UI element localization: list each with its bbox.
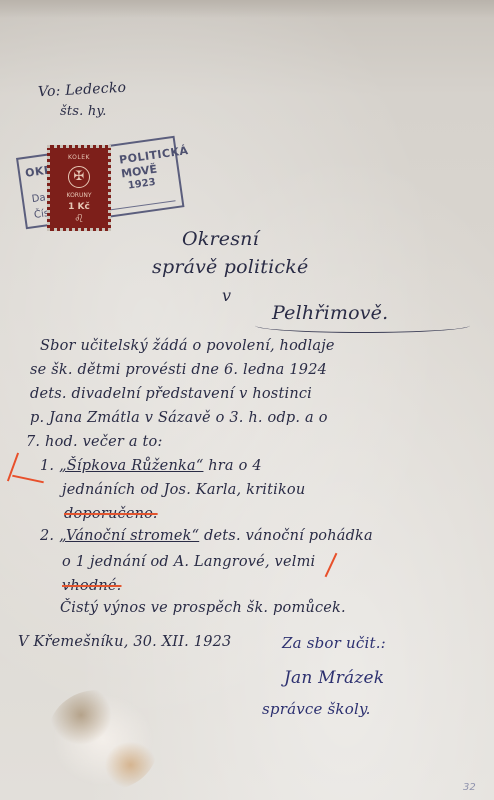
- revenue-stamp-top-text: KOLEK: [50, 154, 108, 161]
- addressee-flourish: [255, 318, 470, 333]
- item-2-text-line2: o 1 jednání od A. Langrové, velmi: [62, 554, 315, 570]
- item-2-title: „Vánoční stromek“: [59, 528, 199, 544]
- item-1-text-line2: jednáních od Jos. Karla, kritikou: [62, 482, 305, 498]
- body-line-1: Sbor učitelský žádá o povolení, hodlaje: [40, 338, 335, 354]
- item-1: 1. „Šípkova Růženka“ hra o 4: [40, 458, 262, 474]
- page-number: 32: [463, 782, 476, 793]
- office-stamp-date-label: Da: [31, 192, 46, 205]
- paper-stain: [48, 690, 158, 790]
- addressee-line3: v: [222, 286, 231, 305]
- body-line-2: se šk. dětmi provésti dne 6. ledna 1924: [30, 362, 327, 378]
- addressee-line1: Okresní: [182, 228, 259, 250]
- item-2-text-line3: vhodné.: [62, 578, 121, 594]
- revenue-stamp-middle-text: KORUNY: [50, 192, 108, 199]
- signature-title: správce školy.: [262, 700, 371, 718]
- item-2-number: 2.: [40, 528, 54, 544]
- item-1-text-line1: hra o 4: [208, 458, 262, 474]
- lion-emblem-icon: ♌: [50, 212, 108, 225]
- addressee-line2: správě politické: [152, 256, 308, 278]
- item-2: 2. „Vánoční stromek“ dets. vánoční pohád…: [40, 528, 373, 544]
- office-stamp-year: 1923: [127, 177, 156, 192]
- item-1-text-line3: doporučeno.: [64, 506, 158, 522]
- item-2-text-line1: dets. vánoční pohádka: [204, 528, 373, 544]
- signature-name: Jan Mrázek: [284, 668, 384, 688]
- revenue-stamp-value: 1 Kč: [50, 202, 108, 212]
- cross-emblem-icon: ✠: [68, 166, 90, 188]
- reference-note-line2: šts. hy.: [60, 104, 107, 119]
- body-line-5: 7. hod. večer a to:: [26, 434, 163, 450]
- place-date: V Křemešníku, 30. XII. 1923: [18, 634, 231, 650]
- body-line-3: dets. divadelní představení v hostinci: [30, 386, 312, 402]
- signature-for-line: Za sbor učit.:: [282, 634, 386, 652]
- body-line-4: p. Jana Zmátla v Sázavě o 3. h. odp. a o: [30, 410, 328, 426]
- revenue-stamp: KOLEK ✠ KORUNY 1 Kč ♌: [47, 145, 111, 231]
- item-1-title: „Šípkova Růženka“: [59, 458, 203, 474]
- item-1-number: 1.: [40, 458, 54, 474]
- paper-fold-shadow: [0, 0, 494, 18]
- closing-line: Čistý výnos ve prospěch šk. pomůcek.: [60, 600, 346, 616]
